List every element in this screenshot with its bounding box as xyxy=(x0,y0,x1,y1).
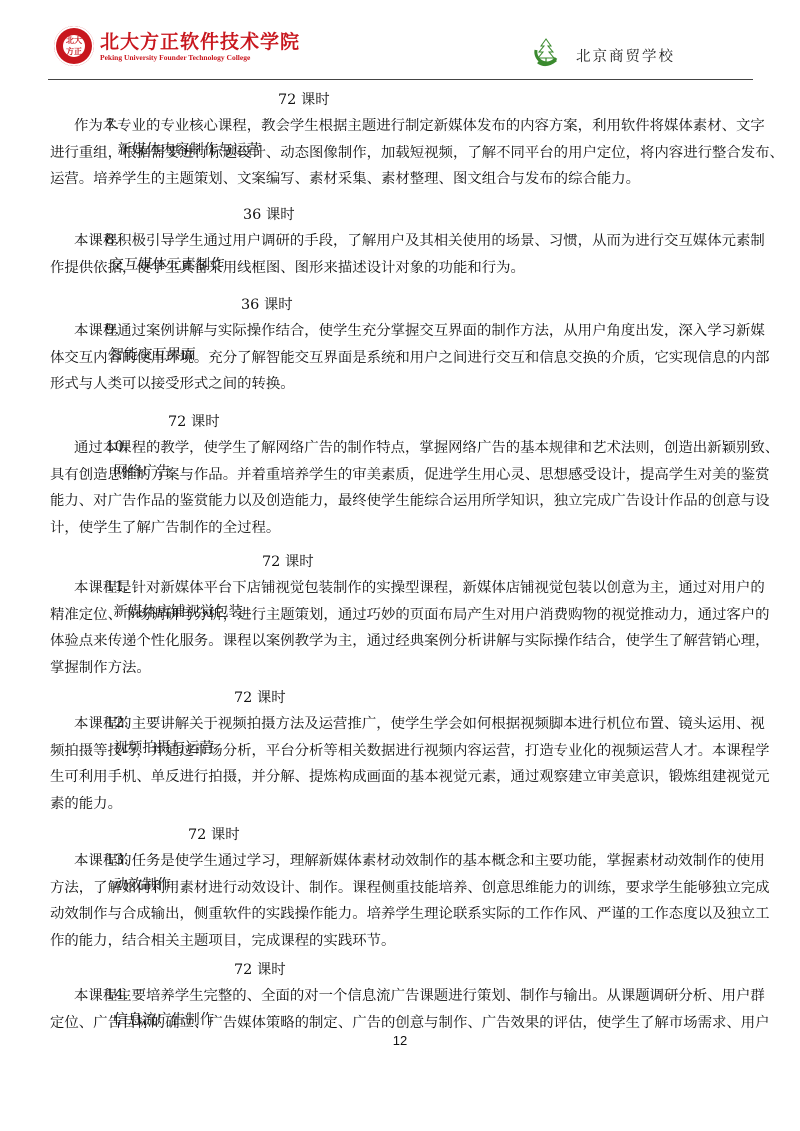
description-line: 运营。培养学生的主题策划、文案编写、素材采集、素材整理、图文组合与发布的综合能力… xyxy=(50,166,784,193)
description-line: 本课程的任务是使学生通过学习，理解新媒体素材动效制作的基本概念和主要功能，掌握素… xyxy=(74,848,770,875)
description-line: 作的能力，结合相关主题项目，完成课程的实践环节。 xyxy=(50,928,770,955)
page-header: 北大方正 北大方正软件技术学院 Peking University Founde… xyxy=(48,26,753,80)
college-name-en: Peking University Founder Technology Col… xyxy=(100,53,300,62)
course-hours: 72 课时 xyxy=(168,410,220,435)
course-number: 8. xyxy=(105,232,119,248)
description-line: 本课程是针对新媒体平台下店铺视觉包装制作的实操型课程，新媒体店铺视觉包装以创意为… xyxy=(74,575,770,602)
course-description: 通过本课程的教学，使学生了解网络广告的制作特点，掌握网络广告的基本规律和艺术法则… xyxy=(74,435,779,541)
header-divider xyxy=(48,79,753,80)
course-hours: 72 课时 xyxy=(278,88,330,113)
course-heading: 7. 新媒体内容制作与运营 72 课时 xyxy=(78,88,784,113)
course-heading: 9. 智能交互界面 36 课时 xyxy=(78,293,770,318)
course-section: 14. 信息流广告制作 72 课时 本课程主要培养学生完整的、全面的对一个信息流… xyxy=(74,958,770,1036)
college-name-cn: 北大方正软件技术学院 xyxy=(100,31,300,53)
description-line: 能力、对广告作品的鉴赏能力以及创造能力，最终使学生能综合运用所学知识，独立完成广… xyxy=(50,488,779,515)
course-title: 交互媒体元素制作 xyxy=(109,257,224,273)
college-seal-icon: 北大方正 xyxy=(54,26,94,66)
description-line: 本课程主要培养学生完整的、全面的对一个信息流广告课题进行策划、制作与输出。从课题… xyxy=(74,983,770,1010)
course-heading: 14. 信息流广告制作 72 课时 xyxy=(78,958,770,983)
course-title: 新媒体店铺视觉包装 xyxy=(113,604,243,620)
course-description: 本课程是针对新媒体平台下店铺视觉包装制作的实操型课程，新媒体店铺视觉包装以创意为… xyxy=(74,575,770,681)
course-section: 13. 动效制作 72 课时 本课程的任务是使学生通过学习，理解新媒体素材动效制… xyxy=(74,823,770,954)
course-title: 网络广告 xyxy=(113,464,171,480)
course-hours: 36 课时 xyxy=(241,293,293,318)
description-line: 掌握制作方法。 xyxy=(50,655,770,682)
course-heading: 8. 交互媒体元素制作 36 课时 xyxy=(78,203,765,228)
course-hours: 72 课时 xyxy=(234,958,286,983)
page-number: 12 xyxy=(0,1033,800,1048)
description-line: 本课程的主要讲解关于视频拍摄方法及运营推广，使学生学会如何根据视频脚本进行机位布… xyxy=(74,711,770,738)
course-section: 9. 智能交互界面 36 课时 本课程通过案例讲解与实际操作结合，使学生充分掌握… xyxy=(74,293,770,398)
beijing-business-school-logo: 北京商贸学校 xyxy=(532,36,675,68)
course-section: 7. 新媒体内容制作与运营 72 课时 作为本专业的专业核心课程，教会学生根据主… xyxy=(74,88,784,193)
course-section: 12. 视频拍摄与运营 72 课时 本课程的主要讲解关于视频拍摄方法及运营推广，… xyxy=(74,686,770,817)
course-title: 信息流广告制作 xyxy=(113,1012,214,1028)
course-title: 动效制作 xyxy=(113,877,171,893)
description-line: 通过本课程的教学，使学生了解网络广告的制作特点，掌握网络广告的基本规律和艺术法则… xyxy=(74,435,779,462)
course-number: 10. xyxy=(105,439,128,455)
course-section: 8. 交互媒体元素制作 36 课时 本课程积极引导学生通过用户调研的手段，了解用… xyxy=(74,203,765,281)
tree-icon xyxy=(532,36,560,68)
course-heading: 10. 网络广告 72 课时 xyxy=(78,410,779,435)
school-name: 北京商贸学校 xyxy=(576,45,675,66)
pku-founder-logo: 北大方正 北大方正软件技术学院 Peking University Founde… xyxy=(54,26,300,66)
description-line: 生可利用手机、单反进行拍摄，并分解、提炼构成画面的基本视觉元素，通过观察建立审美… xyxy=(50,764,770,791)
description-line: 作为本专业的专业核心课程，教会学生根据主题进行制定新媒体发布的内容方案，利用软件… xyxy=(74,113,784,140)
course-number: 12. xyxy=(105,715,128,731)
course-section: 10. 网络广告 72 课时 通过本课程的教学，使学生了解网络广告的制作特点，掌… xyxy=(74,410,779,541)
course-description: 本课程的任务是使学生通过学习，理解新媒体素材动效制作的基本概念和主要功能，掌握素… xyxy=(74,848,770,954)
course-number: 13. xyxy=(105,852,128,868)
course-section: 11. 新媒体店铺视觉包装 72 课时 本课程是针对新媒体平台下店铺视觉包装制作… xyxy=(74,550,770,681)
description-line: 计，使学生了解广告制作的全过程。 xyxy=(50,515,779,542)
course-description: 本课程的主要讲解关于视频拍摄方法及运营推广，使学生学会如何根据视频脚本进行机位布… xyxy=(74,711,770,817)
course-heading: 12. 视频拍摄与运营 72 课时 xyxy=(78,686,770,711)
course-number: 14. xyxy=(105,987,128,1003)
course-hours: 72 课时 xyxy=(234,686,286,711)
course-number: 11. xyxy=(105,579,128,595)
course-title: 视频拍摄与运营 xyxy=(113,740,214,756)
course-heading: 11. 新媒体店铺视觉包装 72 课时 xyxy=(78,550,770,575)
course-number: 9. xyxy=(105,322,119,338)
description-line: 素的能力。 xyxy=(50,791,770,818)
course-heading: 13. 动效制作 72 课时 xyxy=(78,823,770,848)
course-hours: 36 课时 xyxy=(243,203,295,228)
course-hours: 72 课时 xyxy=(188,823,240,848)
description-line: 体验点来传递个性化服务。课程以案例教学为主，通过经典案例分析讲解与实际操作结合，… xyxy=(50,628,770,655)
description-line: 本课程积极引导学生通过用户调研的手段，了解用户及其相关使用的场景、习惯，从而为进… xyxy=(74,228,765,255)
description-line: 动效制作与合成输出，侧重软件的实践操作能力。培养学生理论联系实际的工作作风、严谨… xyxy=(50,901,770,928)
description-line: 形式与人类可以接受形式之间的转换。 xyxy=(50,371,770,398)
course-number: 7. xyxy=(105,117,119,133)
course-title: 智能交互界面 xyxy=(109,347,195,363)
course-title: 新媒体内容制作与运营 xyxy=(117,142,261,158)
description-line: 本课程通过案例讲解与实际操作结合，使学生充分掌握交互界面的制作方法，从用户角度出… xyxy=(74,318,770,345)
course-hours: 72 课时 xyxy=(262,550,314,575)
seal-text: 北大方正 xyxy=(63,35,85,57)
